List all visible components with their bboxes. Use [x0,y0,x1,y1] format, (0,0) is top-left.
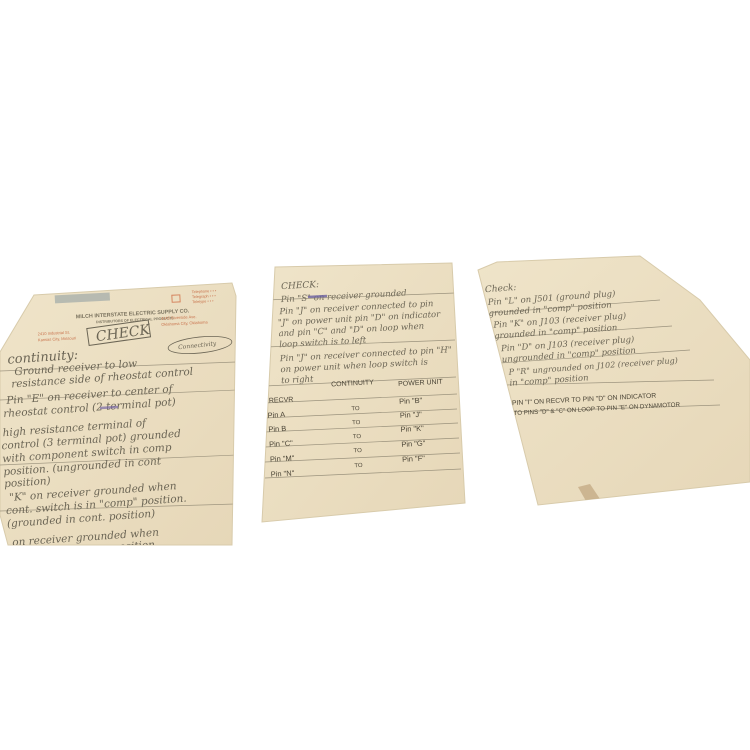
svg-text:Pin "C": Pin "C" [269,439,293,449]
svg-text:Pin "J": Pin "J" [400,410,423,420]
paper-continuity-note: CHECK: Pin "S" on receiver grounded Pin … [262,263,465,522]
page-title: CHECK: [281,280,319,292]
svg-text:TO: TO [352,420,361,426]
svg-text:Pin "F": Pin "F" [402,454,426,464]
svg-text:Pin "B": Pin "B" [399,396,423,406]
paper-letterhead-note: MILCH INTERSTATE ELECTRIC SUPPLY CO. DIS… [0,283,236,561]
svg-text:RECVR: RECVR [269,396,294,404]
svg-text:Pin "M": Pin "M" [270,453,295,463]
svg-text:TO: TO [354,463,363,469]
svg-text:Pin "N": Pin "N" [270,468,294,478]
svg-text:Pin B: Pin B [268,424,286,434]
svg-text:Pin "G": Pin "G" [401,439,426,449]
photo-scene: MILCH INTERSTATE ELECTRIC SUPPLY CO. DIS… [0,0,750,750]
svg-text:TO: TO [353,434,362,440]
svg-text:TO: TO [351,406,360,412]
svg-text:Pin "K": Pin "K" [400,424,424,434]
svg-text:Pin A: Pin A [267,410,285,420]
svg-text:TO: TO [353,448,362,454]
paper-check-note: Check: Pin "L" on J501 (ground plug) gro… [478,256,750,505]
